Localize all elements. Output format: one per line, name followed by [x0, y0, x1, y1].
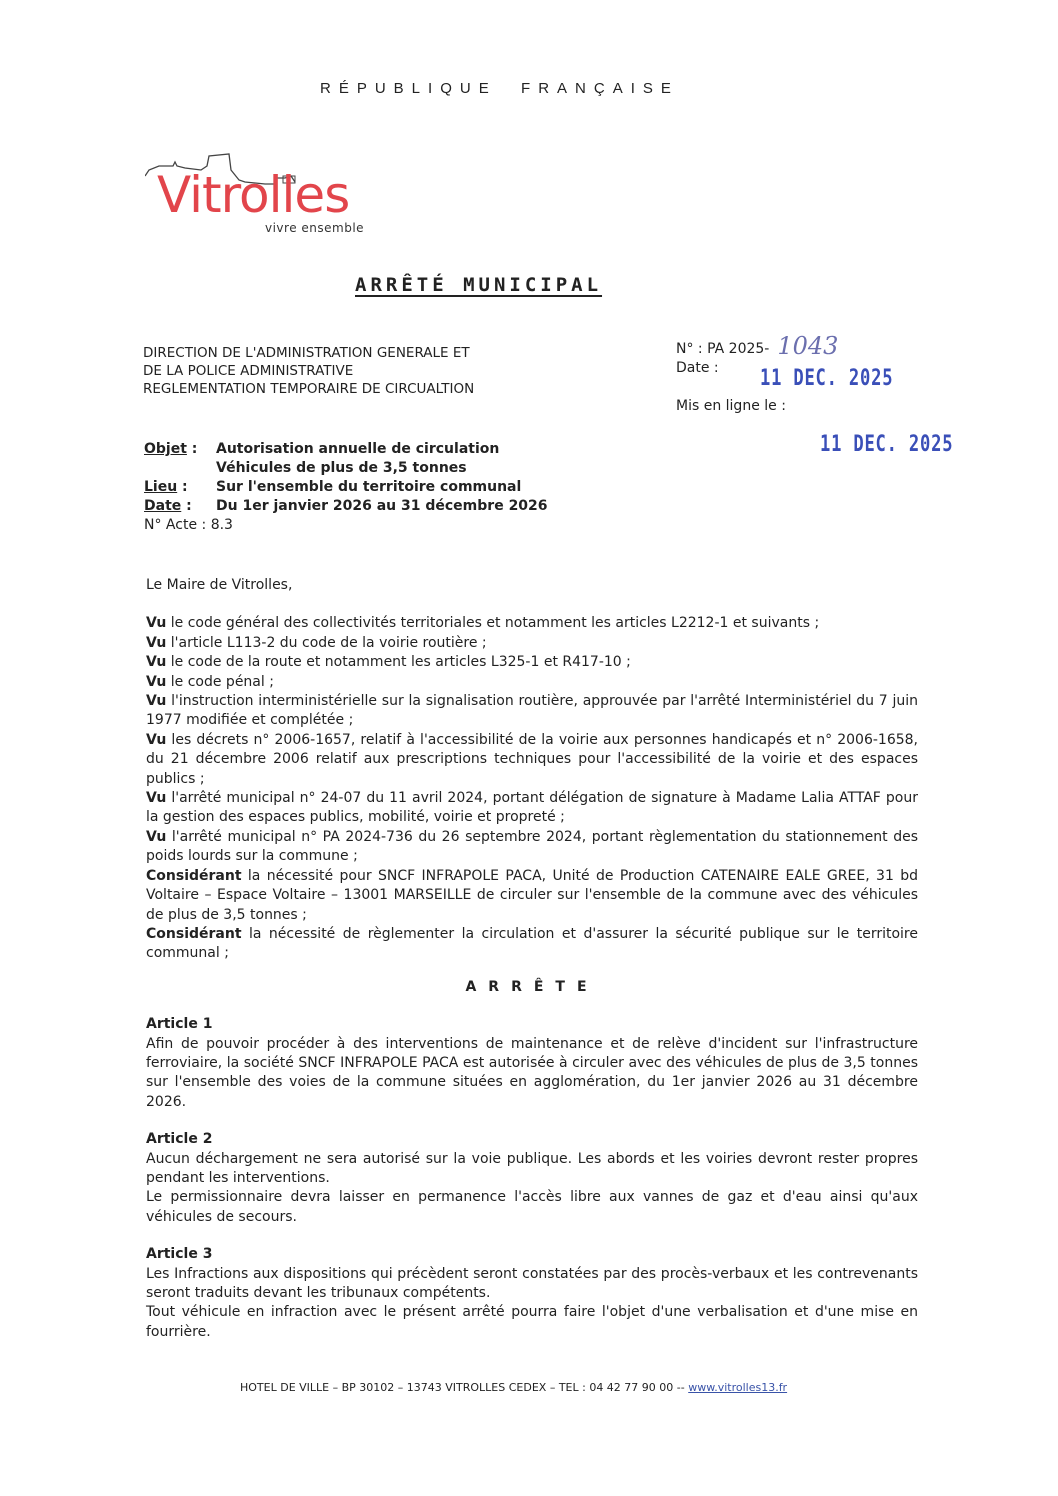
consideration-text: la nécessité pour SNCF INFRAPOLE PACA, U… — [146, 868, 918, 923]
objet-line: Véhicules de plus de 3,5 tonnes — [216, 459, 548, 478]
lieu-value: Sur l'ensemble du territoire communal — [216, 478, 548, 497]
footer: HOTEL DE VILLE – BP 30102 – 13743 VITROL… — [240, 1381, 787, 1394]
footer-address: HOTEL DE VILLE – BP 30102 – 13743 VITROL… — [240, 1381, 688, 1394]
consideration-text: le code de la route et notamment les art… — [166, 654, 631, 670]
preamble-intro: Le Maire de Vitrolles, — [146, 576, 918, 595]
consideration-text: les décrets n° 2006-1657, relatif à l'ac… — [146, 732, 918, 787]
date-label: Date : — [144, 497, 216, 516]
consideration-text: la nécessité de règlementer la circulati… — [146, 926, 918, 961]
consideration-lead: Considérant — [146, 868, 242, 884]
consideration-lead: Vu — [146, 732, 166, 748]
logo-wordmark: Vitrolles — [157, 170, 349, 220]
consideration-item: Vu le code pénal ; — [146, 673, 918, 692]
article-2: Article 2Aucun déchargement ne sera auto… — [146, 1130, 918, 1227]
consideration-text: l'arrêté municipal n° PA 2024-736 du 26 … — [146, 829, 918, 864]
consideration-text: l'instruction interministérielle sur la … — [146, 693, 918, 728]
consideration-lead: Vu — [146, 615, 166, 631]
lieu-label: Lieu : — [144, 478, 216, 497]
objet-line: Autorisation annuelle de circulation — [216, 440, 548, 459]
article-paragraph: Afin de pouvoir procéder à des intervent… — [146, 1035, 918, 1113]
online-label: Mis en ligne le : — [676, 397, 838, 416]
consideration-lead: Vu — [146, 674, 166, 690]
online-date-stamp: 11 DEC. 2025 — [820, 432, 953, 457]
handwritten-number: 1043 — [777, 332, 838, 360]
date-value: Du 1er janvier 2026 au 31 décembre 2026 — [216, 497, 548, 516]
consideration-lead: Vu — [146, 790, 166, 806]
document-body: Le Maire de Vitrolles, Vu le code généra… — [146, 576, 918, 1360]
consideration-item: Vu l'instruction interministérielle sur … — [146, 692, 918, 731]
direction-line: DE LA POLICE ADMINISTRATIVE — [143, 362, 474, 380]
article-title: Article 1 — [146, 1015, 918, 1034]
consideration-text: le code général des collectivités territ… — [166, 615, 819, 631]
article-title: Article 2 — [146, 1130, 918, 1149]
consideration-item: Considérant la nécessité de règlementer … — [146, 925, 918, 964]
consideration-lead: Vu — [146, 654, 166, 670]
consideration-text: le code pénal ; — [166, 674, 274, 690]
consideration-lead: Vu — [146, 829, 166, 845]
logo-tagline: vivre ensemble — [265, 221, 364, 235]
subject-block: Objet : Autorisation annuelle de circula… — [144, 440, 548, 535]
considerations-list: Vu le code général des collectivités ter… — [146, 614, 918, 963]
consideration-item: Vu l'article L113-2 du code de la voirie… — [146, 634, 918, 653]
direction-line: REGLEMENTATION TEMPORAIRE DE CIRCUALTION — [143, 380, 474, 398]
consideration-item: Vu le code général des collectivités ter… — [146, 614, 918, 633]
articles-list: Article 1Afin de pouvoir procéder à des … — [146, 1015, 918, 1342]
republique-francaise-heading: RÉPUBLIQUE FRANÇAISE — [320, 80, 679, 97]
article-3: Article 3Les Infractions aux disposition… — [146, 1245, 918, 1342]
consideration-lead: Considérant — [146, 926, 242, 942]
article-paragraph: Tout véhicule en infraction avec le prés… — [146, 1303, 918, 1342]
consideration-item: Vu l'arrêté municipal n° 24-07 du 11 avr… — [146, 789, 918, 828]
consideration-text: l'article L113-2 du code de la voirie ro… — [166, 635, 486, 651]
arrete-number: N° : PA 2025-1043 — [676, 336, 838, 359]
article-paragraph: Les Infractions aux dispositions qui pré… — [146, 1265, 918, 1304]
article-paragraph: Le permissionnaire devra laisser en perm… — [146, 1188, 918, 1227]
consideration-text: l'arrêté municipal n° 24-07 du 11 avril … — [146, 790, 918, 825]
article-title: Article 3 — [146, 1245, 918, 1264]
direction-line: DIRECTION DE L'ADMINISTRATION GENERALE E… — [143, 344, 474, 362]
objet-label: Objet : — [144, 440, 216, 478]
consideration-item: Vu les décrets n° 2006-1657, relatif à l… — [146, 731, 918, 789]
article-1: Article 1Afin de pouvoir procéder à des … — [146, 1015, 918, 1112]
consideration-item: Vu l'arrêté municipal n° PA 2024-736 du … — [146, 828, 918, 867]
direction-block: DIRECTION DE L'ADMINISTRATION GENERALE E… — [143, 344, 474, 398]
decision-heading: ARRÊTE — [146, 978, 918, 997]
document-title: ARRÊTÉ MUNICIPAL — [355, 274, 602, 296]
acte-number: N° Acte : 8.3 — [144, 516, 548, 535]
article-paragraph: Aucun déchargement ne sera autorisé sur … — [146, 1150, 918, 1189]
consideration-lead: Vu — [146, 693, 166, 709]
consideration-lead: Vu — [146, 635, 166, 651]
website-link[interactable]: www.vitrolles13.fr — [688, 1381, 787, 1394]
date-stamp: 11 DEC. 2025 — [760, 366, 893, 391]
consideration-item: Considérant la nécessité pour SNCF INFRA… — [146, 867, 918, 925]
number-label: N° : PA 2025- — [676, 341, 769, 357]
consideration-item: Vu le code de la route et notamment les … — [146, 653, 918, 672]
vitrolles-logo: Vitrolles vivre ensemble — [145, 148, 405, 243]
